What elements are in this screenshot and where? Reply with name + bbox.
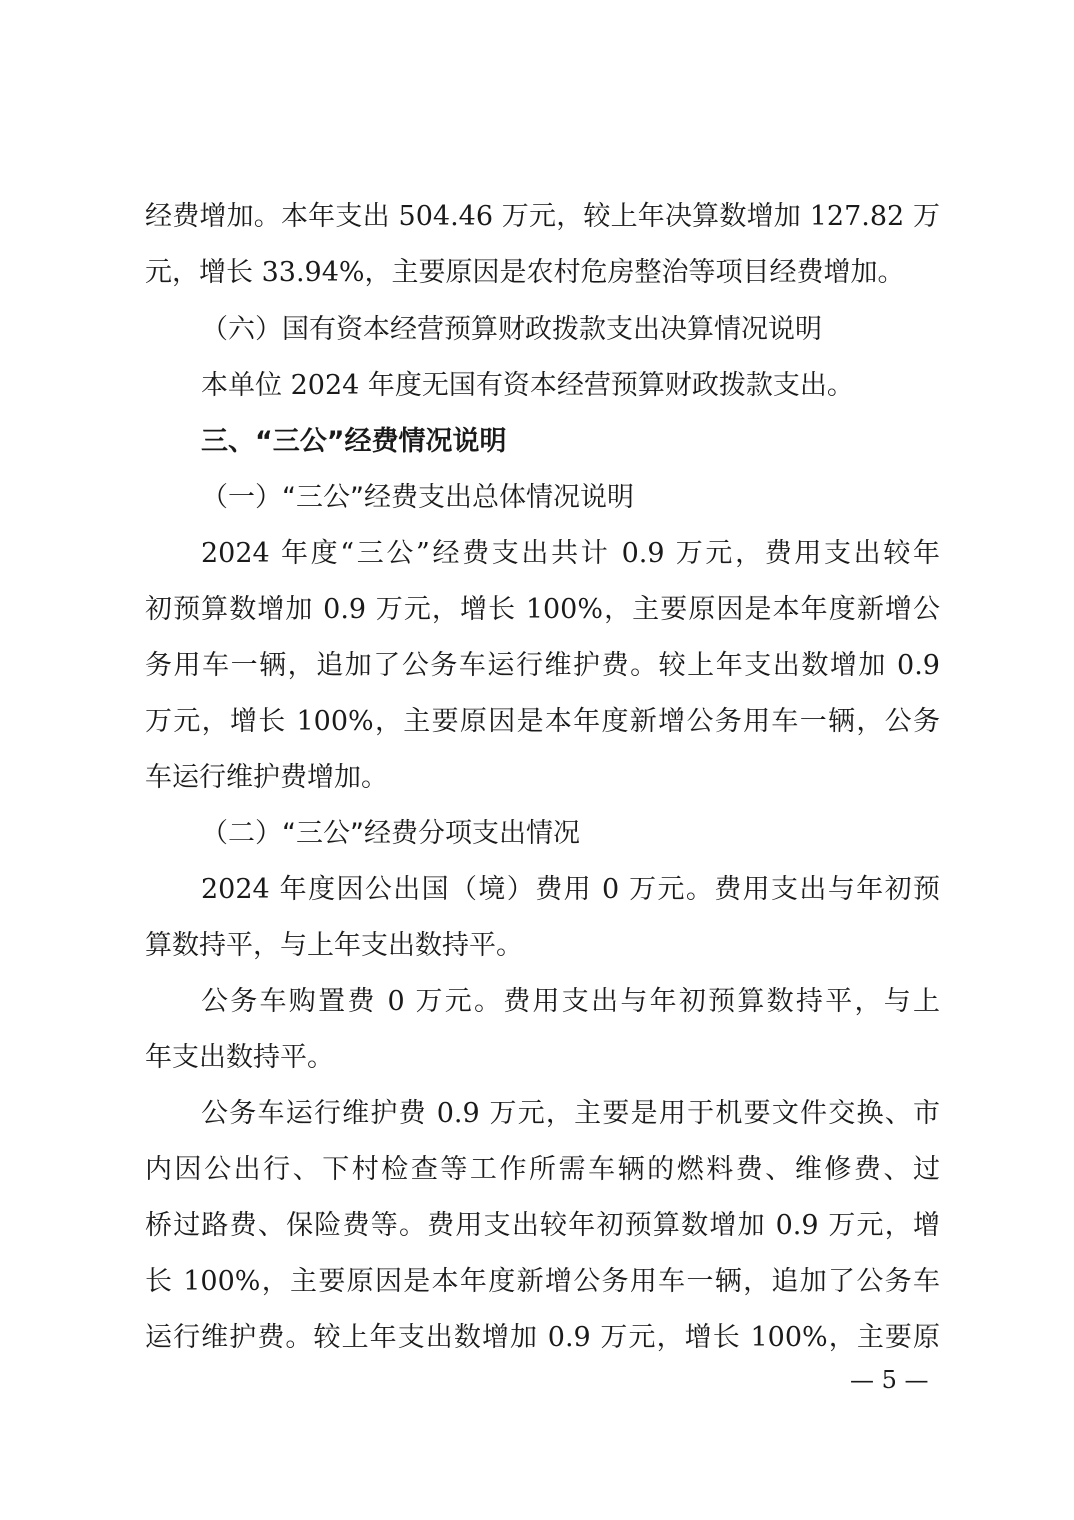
paragraph-line: 万元，增长 100%，主要原因是本年度新增公务用车一辆，公务 — [145, 705, 940, 739]
paragraph-line: 务用车一辆，追加了公务车运行维护费。较上年支出数增加 0.9 — [145, 649, 940, 683]
subsection-heading: （六）国有资本经营预算财政拨款支出决算情况说明 — [201, 313, 940, 347]
paragraph-line: 车运行维护费增加。 — [145, 761, 940, 795]
paragraph-line: 2024 年度因公出国（境）费用 0 万元。费用支出与年初预 — [201, 873, 940, 907]
paragraph-line: 公务车购置费 0 万元。费用支出与年初预算数持平，与上 — [201, 985, 940, 1019]
paragraph-line: 初预算数增加 0.9 万元，增长 100%，主要原因是本年度新增公 — [145, 593, 940, 627]
paragraph-line: 年支出数持平。 — [145, 1041, 940, 1075]
paragraph-line: 内因公出行、下村检查等工作所需车辆的燃料费、维修费、过 — [145, 1153, 940, 1187]
page-number: — 5 — — [850, 1366, 929, 1394]
paragraph-line: 本单位 2024 年度无国有资本经营预算财政拨款支出。 — [201, 369, 940, 403]
paragraph-line: 公务车运行维护费 0.9 万元，主要是用于机要文件交换、市 — [201, 1097, 940, 1131]
subsection-heading: （二）“三公”经费分项支出情况 — [201, 817, 940, 851]
document-page: 经费增加。本年支出 504.46 万元，较上年决算数增加 127.82 万元，增… — [0, 0, 1074, 1520]
paragraph-line: 长 100%，主要原因是本年度新增公务用车一辆，追加了公务车 — [145, 1265, 940, 1299]
paragraph-line: 元，增长 33.94%，主要原因是农村危房整治等项目经费增加。 — [145, 256, 940, 290]
section-heading: 三、“三公”经费情况说明 — [201, 425, 940, 459]
paragraph-line: 算数持平，与上年支出数持平。 — [145, 929, 940, 963]
paragraph-line: 桥过路费、保险费等。费用支出较年初预算数增加 0.9 万元，增 — [145, 1209, 940, 1243]
paragraph-line: 运行维护费。较上年支出数增加 0.9 万元，增长 100%，主要原 — [145, 1321, 940, 1355]
paragraph-line: 经费增加。本年支出 504.46 万元，较上年决算数增加 127.82 万 — [145, 200, 940, 234]
subsection-heading: （一）“三公”经费支出总体情况说明 — [201, 481, 940, 515]
paragraph-line: 2024 年度“三公”经费支出共计 0.9 万元，费用支出较年 — [201, 537, 940, 571]
